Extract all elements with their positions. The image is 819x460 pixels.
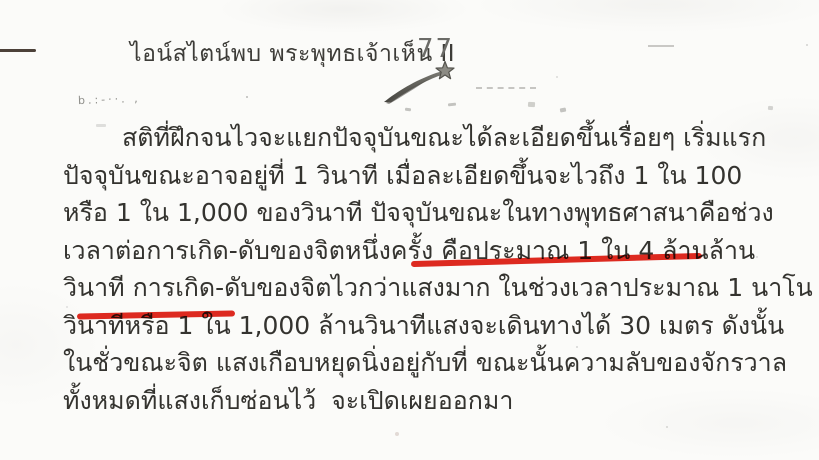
shooting-star-icon bbox=[383, 60, 463, 108]
scan-artifact-mark: b.:-··. , bbox=[78, 92, 141, 107]
paragraph-line: ในชั่วขณะจิต แสงเกือบหยุดนิ่งอยู่กับที่ … bbox=[63, 344, 711, 382]
faint-star-trail bbox=[476, 87, 536, 89]
ink-smudge bbox=[768, 106, 773, 111]
paragraph-line: หรือ 1 ใน 1,000 ของวินาที ปัจจุบันขณะในท… bbox=[63, 194, 711, 232]
paragraph-line: วินาที การเกิด-ดับของจิตไวกว่าแสงมาก ในช… bbox=[63, 269, 711, 307]
ink-smudge bbox=[405, 108, 411, 112]
ink-smudge bbox=[528, 102, 535, 107]
body-paragraph: สติที่ฝึกจนไวจะแยกปัจจุบันขณะได้ละเอียดข… bbox=[63, 119, 711, 419]
paragraph-line: ทั้งหมดที่แสงเก็บซ่อนไว้ จะเปิดเผยออกมา bbox=[63, 382, 711, 420]
paragraph-line: ปัจจุบันขณะอาจอยู่ที่ 1 วินาที เมื่อละเอ… bbox=[63, 157, 711, 195]
scan-edge-line bbox=[0, 49, 36, 52]
ink-smudge bbox=[560, 108, 567, 113]
scan-artifact-dash bbox=[648, 45, 674, 47]
paragraph-line: สติที่ฝึกจนไวจะแยกปัจจุบันขณะได้ละเอียดข… bbox=[63, 119, 711, 157]
paragraph-line: เวลาต่อการเกิด-ดับของจิตหนึ่งครั้ง คือปร… bbox=[63, 232, 711, 270]
scanned-book-page: ไอน์สไตน์พบ พระพุทธเจ้าเห็น II 77 b.:-··… bbox=[0, 0, 819, 460]
